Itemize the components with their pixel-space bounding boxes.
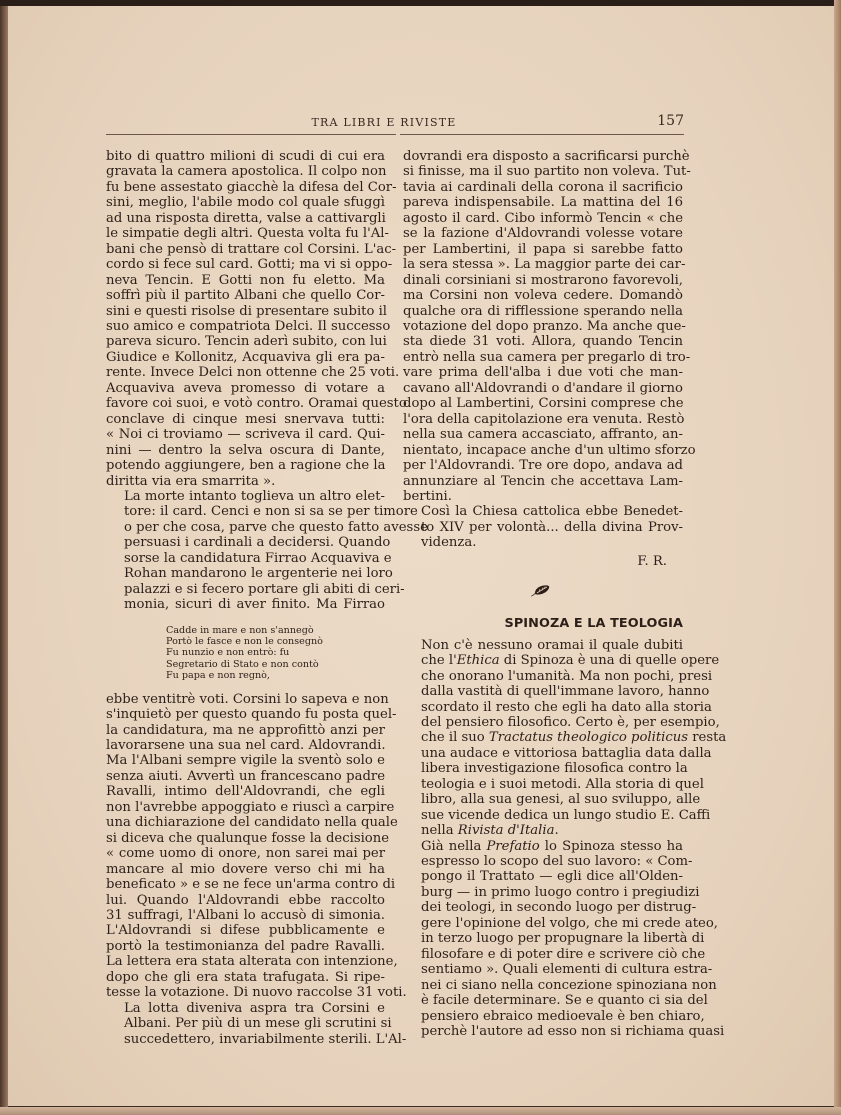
text-line: per l'Aldovrandi. Tre ore dopo, andava a… [403, 458, 683, 473]
text-line: potendo aggiungere, ben a ragione che la [106, 458, 385, 473]
paragraph: bito di quattro milioni di scudi di cui … [106, 149, 385, 489]
verse-line: Segretario di Stato e non contò [166, 659, 385, 670]
verse-line: Portò le fasce e non le consegnò [166, 636, 385, 647]
text-line: pareva sicuro. Tencin aderì subito, con … [106, 334, 385, 349]
verse-line: Cadde in mare e non s'annegò [166, 625, 385, 636]
page-bottom-edge [0, 1107, 841, 1115]
text-line: entrò nella sua camera per pregarlo di t… [403, 350, 683, 365]
work-title: Prefatio [486, 839, 539, 854]
text-line: suo amico e compatriota Delci. Il succes… [106, 319, 385, 334]
text-line: dinali corsiniani si mostrarono favorevo… [403, 273, 683, 288]
text-line: La lotta diveniva aspra tra Corsini e [106, 1001, 385, 1016]
text-line: diritta via era smarrita ». [106, 474, 385, 489]
text-line: tesse la votazione. Di nuovo raccolse 31… [106, 985, 385, 1000]
text-line: favore coi suoi, e votò contro. Oramai q… [106, 396, 385, 411]
text-line: gere l'opinione del volgo, che mi crede … [403, 916, 683, 931]
text-line: pongo il Trattato — egli dice all'Olden- [403, 869, 683, 884]
text-line: soffrì più il partito Albani che quello … [106, 288, 385, 303]
text-line: mancare al mio dovere verso chi mi ha [106, 862, 385, 877]
text-line: tore: il card. Cenci e non si sa se per … [106, 504, 385, 519]
text-line: annunziare al Tencin che accettava Lam- [403, 474, 683, 489]
text-line: videnza. [403, 535, 683, 550]
text-line: dei teologi, in secondo luogo per distru… [403, 900, 683, 915]
text-line: dovrandi era disposto a sacrificarsi pur… [403, 149, 683, 164]
text-line: cordo si fece sul card. Gotti; ma vi si … [106, 257, 385, 272]
text-line: qualche ora di rifflessione sperando nel… [403, 304, 683, 319]
text-line: « Noi ci troviamo — scriveva il card. Qu… [106, 427, 385, 442]
text-line: La morte intanto toglieva un altro elet- [106, 489, 385, 504]
text-line: espresso lo scopo del suo lavoro: « Com- [403, 854, 683, 869]
text-line: o per che cosa, parve che questo fatto a… [106, 520, 385, 535]
text-line: non l'avrebbe appoggiato e riuscì a carp… [106, 800, 385, 815]
text-line: cavano all'Aldovrandi o d'andare il gior… [403, 381, 683, 396]
text-line: agosto il card. Cibo informò Tencin « ch… [403, 211, 683, 226]
text-line: nientato, incapace anche d'un ultimo sfo… [403, 443, 683, 458]
text-line: succedettero, invariabilmente sterili. L… [106, 1032, 385, 1047]
work-title: Ethica [457, 653, 500, 668]
text-line: bertini. [403, 489, 683, 504]
text-line: tavia ai cardinali della corona il sacri… [403, 180, 683, 195]
text-line: sentiamo ». Quali elementi di cultura es… [403, 962, 683, 977]
text-line: persuasi i cardinali a decidersi. Quando [106, 535, 385, 550]
text-line: sta diede 31 voti. Allora, quando Tencin [403, 334, 683, 349]
text-line: pareva indispensabile. La mattina del 16 [403, 195, 683, 210]
header-rule [106, 134, 396, 135]
text-line: Acquaviva aveva promesso di votare a [106, 381, 385, 396]
text-line: nei ci siano nella concezione spinoziana… [403, 978, 683, 993]
text-line: è facile determinare. Se e quanto ci sia… [403, 993, 683, 1008]
text-line: pensiero ebraico medioevale è ben chiaro… [403, 1009, 683, 1024]
text-line: votazione del dopo pranzo. Ma anche que- [403, 319, 683, 334]
text-line: perchè l'autore ad esso non si richiama … [403, 1024, 683, 1039]
text-line: ad una risposta diretta, valse a cattiva… [106, 211, 385, 226]
text-line: si diceva che qualunque fosse la decisio… [106, 831, 385, 846]
text-line: per Lambertini, il papa si sarebbe fatto [403, 242, 683, 257]
right-column: dovrandi era disposto a sacrificarsi pur… [403, 149, 683, 1039]
text-line: l'ora della capitolazione era venuta. Re… [403, 412, 683, 427]
text-line: sini e questi risolse di presentare subi… [106, 304, 385, 319]
leaf-ornament-icon [529, 584, 551, 598]
text-line: La lettera era stata alterata con intenz… [106, 954, 385, 969]
text-line: filosofare e di poter dire e scrivere ci… [403, 947, 683, 962]
text-line: Giudice e Kollonitz, Acquaviva gli era p… [106, 350, 385, 365]
text-line: una dichiarazione del candidato nella qu… [106, 815, 385, 830]
text-line: 31 suffragi, l'Albani lo accusò di simon… [106, 908, 385, 923]
text-line: la candidatura, ma ne approfittò anzi pe… [106, 723, 385, 738]
verse-line: Fu nunzio e non entrò: fu [166, 647, 385, 658]
text-line: portò la testimonianza del padre Ravalli… [106, 939, 385, 954]
verse-line: Fu papa e non regnò, [166, 670, 385, 681]
text-line: bito di quattro milioni di scudi di cui … [106, 149, 385, 164]
text-line: ebbe ventitrè voti. Corsini lo sapeva e … [106, 692, 385, 707]
text-line: Ma l'Albani sempre vigile la sventò solo… [106, 753, 385, 768]
page-right-edge [834, 0, 841, 1115]
text-line: bani che pensò di trattare col Corsini. … [106, 242, 385, 257]
running-title: TRA LIBRI E RIVISTE [311, 116, 456, 129]
text-line: L'Aldovrandi si difese pubblicamente e [106, 923, 385, 938]
text-line: neva Tencin. E Gotti non fu eletto. Ma [106, 273, 385, 288]
text-line: si finisse, ma il suo partito non voleva… [403, 164, 683, 179]
header-rule [400, 134, 684, 135]
page-number: 157 [657, 113, 684, 129]
paragraph: La lotta diveniva aspra tra Corsini eAlb… [106, 1001, 385, 1047]
work-title: Tractatus theologico politicus [489, 730, 688, 745]
text-line: Ravalli, intimo dell'Aldovrandi, che egl… [106, 784, 385, 799]
text-line: vare prima dell'alba i due voti che man- [403, 365, 683, 380]
text-line: lui. Quando l'Aldovrandi ebbe raccolto [106, 893, 385, 908]
text-line: dopo al Lambertini, Corsini comprese che [403, 396, 683, 411]
text-line: « come uomo di onore, non sarei mai per [106, 846, 385, 861]
text-line: Albani. Per più di un mese gli scrutini … [106, 1016, 385, 1031]
journal-title: Rivista d'Italia [458, 823, 555, 838]
paragraph: ebbe ventitrè voti. Corsini lo sapeva e … [106, 692, 385, 1001]
text-line: nella sua camera accasciato, affranto, a… [403, 427, 683, 442]
text-line: sini, meglio, l'abile modo col quale sfu… [106, 195, 385, 210]
text-line: rente. Invece Delci non ottenne che 25 v… [106, 365, 385, 380]
text-line: monia, sicuri di aver finito. Ma Firrao [106, 597, 385, 612]
paragraph: Così la Chiesa cattolica ebbe Benedet-to… [403, 504, 683, 550]
text-line: nini — dentro la selva oscura di Dante, [106, 443, 385, 458]
text-line: se la fazione d'Aldovrandi volesse votar… [403, 226, 683, 241]
text-line: beneficato » e se ne fece un'arma contro… [106, 877, 385, 892]
text-line: le simpatie degli altri. Questa volta fu… [106, 226, 385, 241]
text-line: dopo che gli era stata trafugata. Si rip… [106, 970, 385, 985]
left-column: bito di quattro milioni di scudi di cui … [106, 149, 385, 1047]
text-line: senza aiuti. Avvertì un francescano padr… [106, 769, 385, 784]
text-line: palazzi e si fecero portare gli abiti di… [106, 582, 385, 597]
text-line: la sera stessa ». La maggior parte dei c… [403, 257, 683, 272]
paragraph: Già nella Prefatio lo Spinoza stesso ha … [403, 839, 683, 1040]
paragraph: La morte intanto toglieva un altro elet-… [106, 489, 385, 613]
quoted-verse: Cadde in mare e non s'annegòPortò le fas… [166, 625, 385, 682]
text-line: Rohan mandarono le argenterie nei loro [106, 566, 385, 581]
text-line: lavorarsene una sua nel card. Aldovrandi… [106, 738, 385, 753]
book-gutter [0, 6, 8, 1111]
text-line: conclave di cinque mesi snervava tutti: [106, 412, 385, 427]
paragraph: Non c'è nessuno oramai il quale dubiti c… [403, 638, 683, 839]
paragraph: dovrandi era disposto a sacrificarsi pur… [403, 149, 683, 504]
text-line: Così la Chiesa cattolica ebbe Benedet- [403, 504, 683, 519]
text-line: fu bene assestato giacchè la difesa del … [106, 180, 385, 195]
text-line: s'inquietò per questo quando fu posta qu… [106, 707, 385, 722]
running-header: TRA LIBRI E RIVISTE 157 [104, 112, 684, 134]
text-line: in terzo luogo per propugnare la libertà… [403, 931, 683, 946]
text-line: sorse la candidatura Firrao Acquaviva e [106, 551, 385, 566]
text-line: ma Corsini non voleva cedere. Domandò [403, 288, 683, 303]
author-signature: F. R. [403, 554, 683, 569]
text-line: gravata la camera apostolica. Il colpo n… [106, 164, 385, 179]
section-title: SPINOZA E LA TEOLOGIA [403, 616, 683, 631]
text-line: burg — in primo luogo contro i pregiudiz… [403, 885, 683, 900]
text-line: to XIV per volontà... della divina Prov- [403, 520, 683, 535]
